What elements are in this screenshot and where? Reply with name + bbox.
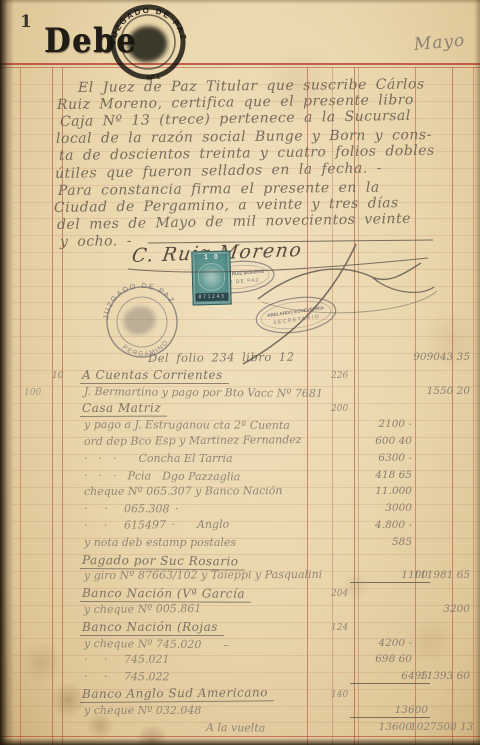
horizontal-rule: [12, 302, 480, 303]
bottom-edge: [0, 738, 480, 745]
amount-col1: 600 40: [350, 435, 412, 447]
ledger-row-text: · · 745.021: [84, 653, 170, 666]
horizontal-rule: [12, 319, 480, 320]
top-edge: [0, 0, 480, 4]
ledger-row-text: y cheque Nº 745.020 –: [84, 637, 229, 651]
ledger-row-text: · · 065.308 ·: [84, 502, 179, 515]
footer-rule: [0, 736, 480, 737]
ledger-row-text: y cheque Nº 005.861: [84, 602, 201, 616]
amount-col1: 4200 -: [350, 637, 412, 649]
ledger-row-text: cheque Nº 065.307 y Banco Nación: [84, 485, 283, 499]
revenue-stamp-serial: 071243: [195, 293, 228, 302]
amount-col2: 909043 35: [410, 351, 470, 363]
ledger-row-text: A la vuelta: [206, 721, 265, 735]
ledger-row-text: Del folio 234 libro 12: [148, 350, 295, 365]
header-rule-bottom: [0, 67, 480, 68]
amount-col1: 3000: [350, 502, 412, 514]
ledger-row-text: · · 615497 · Anglo: [84, 518, 229, 532]
account-heading: A Cuentas Corrientes: [80, 368, 229, 384]
amount-col1: 585: [350, 536, 412, 548]
revenue-stamp-vignette: [198, 263, 226, 292]
revenue-stamp-value: 10: [192, 254, 229, 262]
horizontal-rule: [12, 269, 480, 270]
amount-col1: 6300 -: [350, 452, 412, 464]
ledger-row-text: y giro Nº 87663/102 y Taieppi y Pasquali…: [84, 568, 322, 582]
margin-number: 100: [24, 388, 41, 398]
horizontal-rule: [12, 336, 480, 337]
amount-col1: 4.800 -: [350, 519, 412, 531]
folio-reference: 200: [331, 404, 348, 414]
account-heading: Banco Anglo Sud Americano: [80, 685, 274, 703]
amount-col1: 698 60: [350, 653, 412, 665]
binding-edge: [0, 0, 14, 745]
ledger-row-text: y nota deb estamp postales: [84, 536, 236, 549]
account-heading: Banco Nación (Vª García: [80, 586, 251, 603]
amount-col2: 3200: [410, 603, 470, 615]
amount-col2: 11393 60: [410, 670, 470, 682]
ledger-row-text: y pago a J. Estruganou cta 2ª Cuenta: [84, 418, 290, 432]
horizontal-rule: [12, 286, 480, 287]
ledger-row-text: y cheque Nº 032.048: [84, 704, 201, 717]
amount-col1: 13600: [350, 721, 412, 733]
ledger-row-text: J. Bermartino y pago por Bto Vacc Nº 768…: [84, 385, 323, 400]
folio-reference: 204: [331, 589, 348, 599]
amount-col2: 1027508 13: [410, 721, 470, 733]
ledger-row-text: · · · Pcia Dgo Pazzaglia: [84, 469, 240, 483]
amount-col1: 13600: [350, 704, 430, 718]
header-rule-top: [0, 63, 480, 65]
amount-col2: 1550 20: [410, 385, 470, 397]
ledger-row-text: · · 745.022: [84, 670, 170, 683]
folio-reference: 124: [331, 623, 348, 633]
ledger-row-text: · · · Concha El Tarria: [84, 452, 233, 465]
certification-line: y ocho. -: [60, 233, 132, 250]
margin-number: 10: [52, 371, 63, 381]
account-heading: Casa Matriz: [80, 401, 167, 417]
ledger-page: 1 Debe Mayo El Juez de Paz Titular que s…: [0, 0, 480, 745]
account-heading: Banco Nación (Rojas: [80, 620, 224, 636]
debit-side-heading: Debe: [44, 22, 137, 61]
page-number: 1: [20, 12, 32, 32]
folio-reference: 140: [331, 690, 348, 700]
ledger-row-text: ord dep Bco Esp y Martinez Fernandez: [84, 433, 302, 448]
amount-col1: 2100 -: [350, 418, 412, 430]
amount-col2: 111981 65: [410, 569, 470, 581]
amount-col1: 11.000: [350, 485, 412, 497]
right-edge: [474, 0, 480, 745]
folio-reference: 226: [331, 371, 348, 381]
revenue-stamp: 10 071243: [191, 250, 231, 305]
amount-col1: 418 65: [350, 469, 412, 481]
